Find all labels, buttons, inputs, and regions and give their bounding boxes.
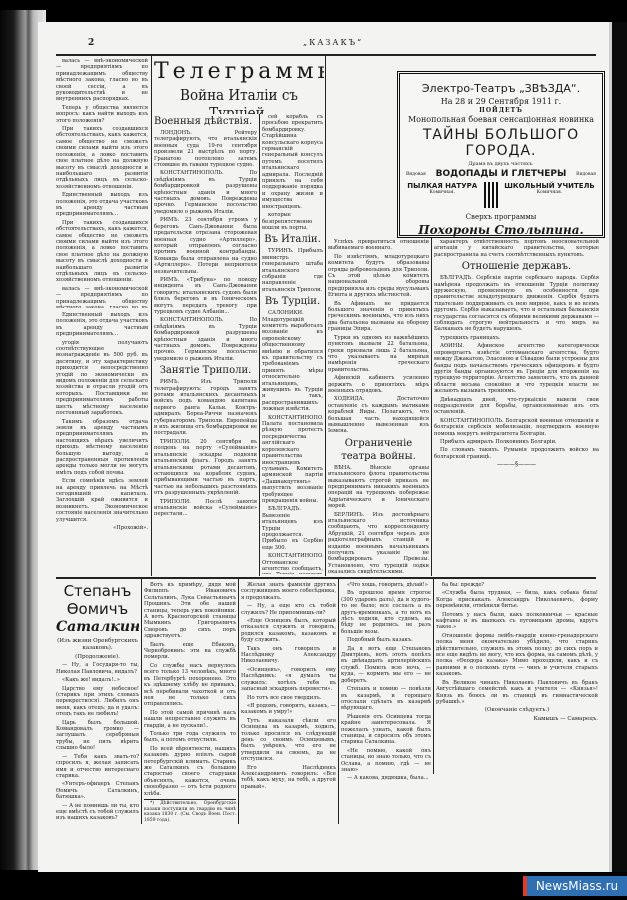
paragraph: Царство ему небесное! (старикъ при этихъ… xyxy=(56,686,139,718)
ad-genre: Комичная. xyxy=(504,190,595,195)
paragraph: КОНСТАНТИНОПОЛЬ. Болгарской военные отно… xyxy=(434,418,599,437)
ad-label: Видовая xyxy=(406,172,426,177)
paragraph: Афинскій кабинетъ усиленно держитъ о при… xyxy=(328,375,429,394)
paragraph: которые безпрепятственно вошли въ порты. xyxy=(262,212,323,231)
column-rule xyxy=(141,579,142,824)
column-rule xyxy=(259,114,260,576)
paragraph: «Что хошь, говорить, дѣлай!» xyxy=(341,582,431,588)
column-rule xyxy=(433,579,434,774)
paragraph: — Тебя какъ звать-то? спросилъ я, желая … xyxy=(56,754,139,780)
paragraph: По словамъ такихъ. Румынія продолжитъ во… xyxy=(434,447,599,460)
paragraph: «Еще Осинцевъ былъ, который отказался сл… xyxy=(241,618,336,644)
column-5-article: характеръ отвѣтственность портовъ неосно… xyxy=(434,239,599,574)
feuilleton-rule xyxy=(56,577,596,579)
paragraph: КОНСТАНТИНОПОЛЬ. Оттоманское агентство с… xyxy=(262,553,323,574)
paragraph: ВѢНА. Вѣнскіе органы итальянского флота … xyxy=(328,465,429,510)
ad-ornament-icon xyxy=(484,182,498,208)
signature: «Прохожій». xyxy=(56,525,148,531)
paragraph: ТРИПОЛИ. Послѣ занятія итальянскіе войск… xyxy=(154,499,257,518)
author-signature: Камышъ — Самарецъ. xyxy=(436,716,598,722)
ad-drama-note: Драма въ двухъ частяхъ. xyxy=(400,161,602,167)
section-heading: Отношеніе державъ. xyxy=(434,260,599,273)
ad-film-title: ТАЙНЫ БОЛЬШОГО ГОРОДА. xyxy=(400,127,602,159)
feuilleton-column-3: Желая знать фамиліи другихъ сослуживцевъ… xyxy=(241,582,336,822)
ad-row-comedies: ПЫЛКАЯ НАТУРА Комичная. ШКОЛЬНЫЙ УЧИТЕЛЬ… xyxy=(400,182,602,208)
paragraph: Но тотъ все свое твердилъ. xyxy=(241,695,336,701)
feuilleton-title-line1: Степанъ Ѳомичъ xyxy=(56,582,139,618)
footnote: *) Дѣйствительно, Оренбургскіе казаки по… xyxy=(144,799,236,822)
column-rule xyxy=(238,579,239,824)
paragraph: Единственный выходъ изъ положенія, это о… xyxy=(56,192,148,218)
paragraph: — А какова, дядюшка, была... xyxy=(341,775,431,781)
feuilleton-title: Степанъ Ѳомичъ Саталкинъ. xyxy=(56,582,139,636)
column-rule xyxy=(325,56,326,576)
newspaper-page: 2 „КАЗАКЪ“ 92 валась — внѣ-экономической… xyxy=(38,22,612,872)
paragraph: БѢЛГРАДЪ. Сербскія партіи сербскаго наро… xyxy=(434,275,599,333)
running-head: 2 „КАЗАКЪ“ 92 xyxy=(88,38,588,52)
paragraph: «Какъ же! видалъ!..» xyxy=(56,677,139,683)
feuilleton-column-4: «Что хошь, говорить, дѣлай!» Въ прошлое … xyxy=(341,582,431,822)
paragraph: ТРИПОЛИ. 20 сентября въ полдень на порту… xyxy=(154,439,257,497)
paragraph: При такихъ создавшихся обстоятельствахъ,… xyxy=(56,220,148,284)
paragraph: «Не помню, какой онъ станицы, но знаю то… xyxy=(341,748,431,774)
column-2-article: Военныя дѣйствія. ЛОНДОНЪ. Рейтеру телег… xyxy=(154,114,257,574)
paragraph: — Ну, а Государя-то ты, Николая Павлович… xyxy=(56,662,139,675)
paragraph: «Осинцевъ», говорилъ ему Наслѣдникъ: «я … xyxy=(241,667,336,693)
ad-novelty: Монопольная боевая сенсаціонная новинка xyxy=(400,115,602,124)
paragraph: угодія получаютъ соотвѣтствующее вознагр… xyxy=(56,340,148,417)
header-rule xyxy=(56,54,596,56)
paragraph: валась — внѣ-экономической — предприятія… xyxy=(56,58,148,103)
paragraph: Да я вотъ еще Степановъ Дмитріевъ, вотъ … xyxy=(341,646,431,684)
ad-extra-label: Сверхъ программы xyxy=(400,213,602,221)
column-rule xyxy=(431,237,432,576)
paragraph: Его Наслѣдникъ Александровичъ говорилъ: … xyxy=(241,765,336,791)
to-be-continued: (Окончаніе слѣдуетъ.) xyxy=(436,707,598,713)
ad-extra-title: Похороны Столыпина. xyxy=(400,223,602,237)
paragraph: Теперь у общества является вопросъ: какъ… xyxy=(56,105,148,124)
paragraph: Такимъ образомъ отдача земли въ аренду ч… xyxy=(56,419,148,477)
scan-border xyxy=(612,22,627,872)
cinema-advertisement: Электро-Театръ „ЗВѢЗДА“. На 28 и 29 Сент… xyxy=(397,71,605,238)
paragraph: КОНСТАНТИНОПОЛЬ. По свѣдѣніямъ въ Турціи… xyxy=(154,170,257,215)
paragraph: САЛОНИКИ. Младотурецкій комитетъ выработ… xyxy=(262,310,323,413)
ad-label: Видовая xyxy=(576,172,596,177)
paragraph: Отношеніе формы лейбъ-гвардіи конно-грен… xyxy=(436,633,598,678)
paragraph: Успѣхъ превратиться отношеніи выбиваемаг… xyxy=(328,239,429,252)
paragraph: Двѣнадцать дней, что-туркаіскіе вывели с… xyxy=(434,397,599,416)
paragraph: валась — внѣ-экономической — предприятія… xyxy=(56,286,148,308)
paragraph: РИМЪ. Изъ Триполи телеграфируютъ: городъ… xyxy=(154,379,257,437)
feuilleton-title-line2: Саталкинъ. xyxy=(56,618,139,636)
ad-row-waterfalls: Видовая ВОДОПАДЫ И ГЛЕТЧЕРЫ Видовая xyxy=(400,169,602,179)
paragraph: ТУРИНЪ. Прибылъ министръ генеральнаго шт… xyxy=(262,248,323,293)
ad-film-title: ПЫЛКАЯ НАТУРА xyxy=(407,182,477,190)
paragraph: Желая знать фамиліи другихъ сослуживцевъ… xyxy=(241,582,336,601)
column-3-article: сей корабль съ просьбою прекратить бомба… xyxy=(262,114,323,574)
paragraph: РИМЪ. 23 сентября утромъ у береговъ Санъ… xyxy=(154,217,257,275)
column-1-article-lower: Единственный выходъ изъ положенія, это о… xyxy=(56,312,148,570)
paragraph: По извѣстіямъ, младотурецкаго комитета б… xyxy=(328,254,429,299)
paragraph: ба бы: прежде? xyxy=(436,582,598,588)
paragraph: ЛОНДОНЪ. Рейтеру телеграфируютъ, что ита… xyxy=(154,130,257,168)
paragraph: Только три года служилъ то былъ, а потом… xyxy=(144,731,236,744)
paragraph: Рѣшенія отъ Осиицева тогда крайне заинте… xyxy=(341,714,431,746)
paragraph: турецкихъ границахъ. xyxy=(434,335,599,341)
paragraph: Вотъ къ примѣру, дядя мой Филиппъ Иванов… xyxy=(144,582,236,640)
section-heading: Занятіе Триполи. xyxy=(154,364,257,377)
feuilleton-column-2: Вотъ къ примѣру, дядя мой Филиппъ Иванов… xyxy=(144,582,236,822)
section-heading: Въ Турціи. xyxy=(262,295,323,308)
paragraph: Царь былъ большой. Командовалъ громко — … xyxy=(56,720,139,752)
paragraph: Прибылъ адмиралъ Полковникъ Болгаріи. xyxy=(434,439,599,445)
paragraph: Степанъ и помню — повѣзли въ казармѣ, и … xyxy=(341,686,431,712)
war-subtitle: Война Италіи съ Турціей. xyxy=(154,86,324,114)
ad-genre: Комичная. xyxy=(407,190,477,195)
ad-will-show: ПОЙДЕТЪ xyxy=(400,107,602,114)
masthead: „КАЗАКЪ“ xyxy=(303,38,363,47)
paragraph: Такъ онъ говорилъ и Наслѣднику Александр… xyxy=(241,646,336,665)
paragraph: Потомъ у насъ были, какъ полковничьи — к… xyxy=(436,612,598,631)
paragraph: — Ну, а еще кто съ тобой служилъ? Не при… xyxy=(241,603,336,616)
paragraph: «Служба была трудная, — била, какъ собак… xyxy=(436,590,598,609)
paragraph: Тутъ наказали сѣкли его Осинцева въ каза… xyxy=(241,718,336,763)
paragraph: Подобный былъ казакъ. xyxy=(341,637,431,643)
paragraph: «Я родомъ, говоритъ, казакъ, — казакомъ … xyxy=(241,703,336,716)
ad-film-title: ШКОЛЬНЫЙ УЧИТЕЛЬ xyxy=(504,182,595,190)
paragraph: характеръ отвѣтственность портовъ неосно… xyxy=(434,239,599,258)
feuilleton-column-1: Степанъ Ѳомичъ Саталкинъ. (Изъ жизни Оре… xyxy=(56,582,139,822)
column-rule xyxy=(151,56,152,576)
feuilleton-subtitle: (Изъ жизни Оренбургскихъ казаковъ). xyxy=(56,638,139,652)
paragraph: АѲИНЫ. Афинское агентство категорически … xyxy=(434,343,599,394)
divider-ornament: ———§——— xyxy=(434,462,599,468)
ad-theatre-name: Электро-Театръ „ЗВѢЗДА“. xyxy=(400,82,602,95)
paragraph: КОНСТАНТИНОПОЛЬ. Палата постановила рѣзк… xyxy=(262,415,323,505)
paragraph: По всей вѣроятности, нашихъ казаковъ дур… xyxy=(144,746,236,797)
paragraph: ХОДЕИДА. Достаточно оставленіе съ каждым… xyxy=(328,396,429,434)
feuilleton-column-5: ба бы: прежде? «Служба была трудная, — б… xyxy=(436,582,598,822)
feuilleton-continuation: (Продолженіе). xyxy=(56,654,139,660)
section-heading: Въ Италіи. xyxy=(262,233,323,246)
page-number-left: 2 xyxy=(88,38,94,48)
telegrams-header: Телеграммы. Война Италіи съ Турціей. xyxy=(154,58,324,114)
column-rule xyxy=(338,579,339,824)
ad-film-waterfalls: ВОДОПАДЫ И ГЛЕТЧЕРЫ xyxy=(436,169,567,179)
paragraph: При такихъ создавшихся обстоятельствахъ,… xyxy=(56,126,148,190)
ad-film: ПЫЛКАЯ НАТУРА Комичная. xyxy=(407,182,477,208)
paragraph: Со службы насъ вернулось всего только 13… xyxy=(144,663,236,708)
paragraph: Въ прошлое время строгое (300 ударовъ да… xyxy=(341,590,431,635)
paragraph: Былъ еще Ебаковъ, Чернобровинъ: эти на с… xyxy=(144,642,236,661)
column-4-article: Успѣхъ превратиться отношеніи выбиваемаг… xyxy=(328,239,429,574)
newsmiass-watermark: NewsMiass.ru xyxy=(527,876,627,896)
paragraph: По этой самой причинѣ насъ нашли непрест… xyxy=(144,710,236,729)
telegrams-title: Телеграммы. xyxy=(154,60,324,84)
paragraph: Въ Афинахъ не придается большого значені… xyxy=(328,301,429,333)
paragraph: РИМЪ. «Трибуна» по поводу инцидента въ С… xyxy=(154,277,257,315)
paragraph: КОНСТАНТИНОПОЛЬ. По свѣдѣніямъ въ Турціи… xyxy=(154,317,257,362)
paragraph: Если сомнѣнія вдѣсь землей на аренду при… xyxy=(56,478,148,523)
paragraph: БѢЛГРАДЪ. Вывезеніе итальянцевъ изъ Турц… xyxy=(262,506,323,551)
paragraph: «Унтеръ-офицеръ Степанъ Ѳомичъ Саталкинъ… xyxy=(56,781,139,800)
paragraph: Въ Великое чинахъ Николаевъ Павловичъ въ… xyxy=(436,680,598,706)
paragraph: сей корабль съ просьбою прекратить бомба… xyxy=(262,114,323,210)
section-heading: Ограниченіе театра войны. xyxy=(328,437,429,463)
paragraph: Турки въ одномъ из важнѣйшихъ пунктовъ в… xyxy=(328,335,429,373)
paragraph: — А не помнишь ли ты, кто еще вмѣстѣ съ … xyxy=(56,803,139,822)
ad-film: ШКОЛЬНЫЙ УЧИТЕЛЬ Комичная. xyxy=(504,182,595,208)
paragraph: Единственный выходъ изъ положенія, это о… xyxy=(56,312,148,338)
paragraph: БЕРЛИНЪ. Изъ достовѣрнаго итальянскаго и… xyxy=(328,512,429,574)
section-heading: Военныя дѣйствія. xyxy=(154,116,257,128)
ad-dates: На 28 и 29 Сентября 1911 г. xyxy=(400,97,602,106)
column-1-article: валась — внѣ-экономической — предприятія… xyxy=(56,58,148,308)
